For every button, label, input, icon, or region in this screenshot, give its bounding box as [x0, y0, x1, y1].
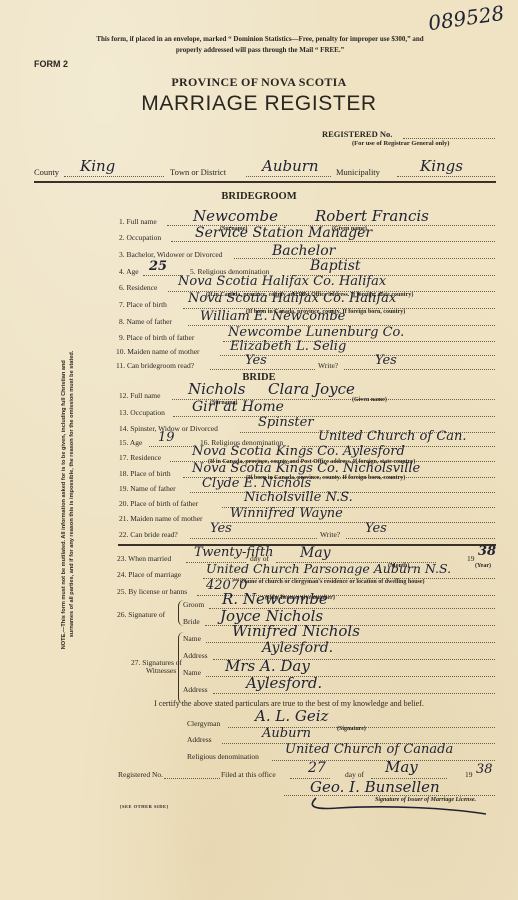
license-label: 25. By license or banns	[117, 587, 187, 596]
marriage-place-label: 24. Place of marriage	[117, 570, 181, 579]
bride-father-label: 19. Name of father	[119, 484, 176, 493]
witness2-address-field	[213, 693, 495, 694]
groom-father: William E. Newcombe	[200, 309, 345, 324]
witness1-name: Winifred Nichols	[232, 622, 360, 640]
groom-read-label: 11. Can bridegroom read?	[116, 361, 194, 370]
bride-mother-field	[222, 522, 495, 523]
bride-birthplace-label: 18. Place of birth	[119, 469, 171, 478]
clergy-religion-field	[272, 760, 495, 761]
groom-father-label: 8. Name of father	[119, 317, 172, 326]
groom-given-name: Robert Francis	[315, 207, 429, 225]
clergyman-label: Clergyman	[187, 719, 220, 728]
municipality-label: Municipality	[336, 167, 380, 177]
witness2-name-label: Name	[183, 668, 201, 677]
filed-label: Filed at this office	[221, 770, 276, 779]
filed-day: 27	[308, 760, 326, 776]
clergy-religion: United Church of Canada	[285, 742, 453, 757]
filed-month: May	[385, 758, 418, 776]
issuer-signature: Geo. I. Bunsellen	[310, 778, 440, 796]
bride-occupation-label: 13. Occupation	[119, 408, 165, 417]
bride-read-label: 22. Can bride read?	[119, 530, 178, 539]
county-value: King	[80, 157, 115, 175]
marriage-month: May	[300, 545, 331, 561]
bride-mother-label: 21. Maiden name of mother	[119, 514, 203, 523]
bride-residence: Nova Scotia Kings Co. Aylesford	[192, 444, 405, 459]
groom-age-label: 4. Age	[119, 267, 139, 276]
registered-no-note: (For use of Registrar General only)	[352, 140, 449, 147]
clergy-address-label: Address	[187, 735, 212, 744]
groom-birthplace: Nova Scotia Halifax Co. Halifax	[188, 291, 396, 306]
marriage-year-prefix: 19	[467, 554, 475, 563]
groom-fullname-label: 1. Full name	[119, 217, 157, 226]
bride-read: Yes	[210, 521, 232, 536]
municipality-value: Kings	[420, 157, 463, 175]
groom-religion: Baptist	[310, 258, 361, 274]
see-other-side: [SEE OTHER SIDE]	[120, 804, 169, 809]
side-note-line1: NOTE.—This form must not be mutilated. A…	[61, 360, 67, 649]
bride-age-label: 15. Age	[119, 438, 142, 447]
clergy-religion-label: Religious denomination	[187, 752, 259, 761]
groom-write-label: Write?	[318, 361, 338, 370]
bride-signature-label: Bride	[183, 617, 200, 626]
groom-write-field	[344, 369, 495, 370]
marriage-year: 38	[478, 544, 496, 559]
signature-flourish	[308, 796, 490, 816]
town-field	[246, 176, 331, 177]
filing-registered-no-label: Registered No.	[118, 770, 163, 779]
bride-birthplace: Nova Scotia Kings Co. Nicholsville	[192, 461, 420, 476]
groom-surname: Newcombe	[193, 207, 278, 225]
bride-status: Spinster	[258, 415, 314, 430]
bride-surname: Nichols	[188, 380, 246, 398]
postal-notice-line1: This form, if placed in an envelope, mar…	[40, 35, 480, 43]
province-heading: PROVINCE OF NOVA SCOTIA	[0, 75, 518, 90]
clergyman-signature: A. L. Geiz	[255, 707, 328, 725]
groom-occupation-field	[171, 241, 495, 242]
given-name-hint: (Given name)	[352, 397, 387, 403]
registered-no-label: REGISTERED No.	[322, 129, 392, 139]
bride-religion: United Church of Can.	[318, 429, 467, 444]
section-divider	[34, 181, 496, 183]
marriage-place: United Church Parsonage Auburn N.S.	[206, 561, 451, 576]
side-note: NOTE.—This form must not be mutilated. A…	[58, 300, 78, 700]
bride-occupation-field	[173, 416, 495, 417]
filed-year: 38	[476, 762, 493, 777]
witness2-address-label: Address	[183, 685, 208, 694]
groom-mother-label: 10. Maiden name of mother	[116, 347, 200, 356]
registered-no-field	[403, 138, 495, 139]
groom-residence-label: 6. Residence	[119, 283, 157, 292]
groom-birthplace-label: 7. Place of birth	[119, 300, 167, 309]
witnesses-label-line2: Witnesses	[146, 666, 176, 675]
bride-father: Clyde E. Nichols	[202, 476, 311, 491]
town-value: Auburn	[262, 157, 319, 175]
bride-write: Yes	[365, 521, 387, 536]
page-title: MARRIAGE REGISTER	[0, 92, 518, 116]
groom-occupation: Service Station Manager	[195, 225, 372, 241]
groom-signature: R. Newcombe	[222, 590, 328, 608]
county-label: County	[34, 167, 59, 177]
groom-status: Bachelor	[272, 243, 335, 259]
bride-write-field	[346, 538, 495, 539]
filed-year-prefix: 19	[465, 770, 473, 779]
county-field	[64, 176, 164, 177]
town-label: Town or District	[170, 167, 226, 177]
bride-write-label: Write?	[320, 530, 340, 539]
filing-registered-no-field	[164, 778, 220, 779]
witness1-name-label: Name	[183, 634, 201, 643]
bride-heading: BRIDE	[0, 372, 518, 383]
groom-signature-label: Groom	[183, 600, 204, 609]
municipality-field	[397, 176, 495, 177]
witness2-name: Mrs A. Day	[225, 657, 310, 675]
bridegroom-heading: BRIDEGROOM	[0, 191, 518, 202]
groom-read-field	[210, 369, 315, 370]
witness1-address: Aylesford.	[262, 640, 333, 656]
groom-age-field	[143, 275, 183, 276]
bride-father-birthplace-label: 20. Place of birth of father	[119, 499, 198, 508]
side-note-line2: surnames of all parties, and if for any …	[69, 351, 75, 650]
bride-mother: Winnifred Wayne	[230, 506, 343, 521]
groom-mother: Elizabeth L. Selig	[230, 339, 346, 354]
groom-father-birthplace: Newcombe Lunenburg Co.	[228, 325, 404, 340]
bride-given-name: Clara Joyce	[268, 380, 355, 398]
bride-occupation: Girl at Home	[192, 399, 284, 415]
clergy-address: Auburn	[262, 726, 311, 741]
place-hint: (Name of church or clergyman's residence…	[240, 579, 425, 585]
signature-of-label: 26. Signature of	[117, 610, 165, 619]
groom-age: 25	[149, 259, 167, 274]
bride-age-field	[149, 446, 194, 447]
signature-hint: (Signature)	[337, 726, 366, 732]
witness1-name-field	[206, 642, 495, 643]
marriage-when-label: 23. When married	[117, 554, 171, 563]
groom-occupation-label: 2. Occupation	[119, 233, 161, 242]
bride-age: 19	[158, 430, 175, 445]
witness1-address-label: Address	[183, 651, 208, 660]
groom-father-birthplace-label: 9. Place of birth of father	[119, 333, 194, 342]
year-hint: (Year)	[475, 563, 491, 569]
groom-read: Yes	[245, 353, 267, 368]
form-number: FORM 2	[34, 59, 68, 69]
groom-write: Yes	[375, 353, 397, 368]
bride-fullname-label: 12. Full name	[119, 391, 160, 400]
groom-status-label: 3. Bachelor, Widower or Divorced	[119, 250, 222, 259]
witness2-address: Aylesford.	[246, 674, 322, 692]
bride-read-field	[190, 538, 317, 539]
bride-residence-label: 17. Residence	[119, 453, 161, 462]
groom-residence: Nova Scotia Halifax Co. Halifax	[178, 274, 386, 289]
bride-father-birthplace: Nicholsville N.S.	[244, 490, 353, 505]
postal-notice-line2: properly addressed will pass through the…	[40, 46, 480, 54]
